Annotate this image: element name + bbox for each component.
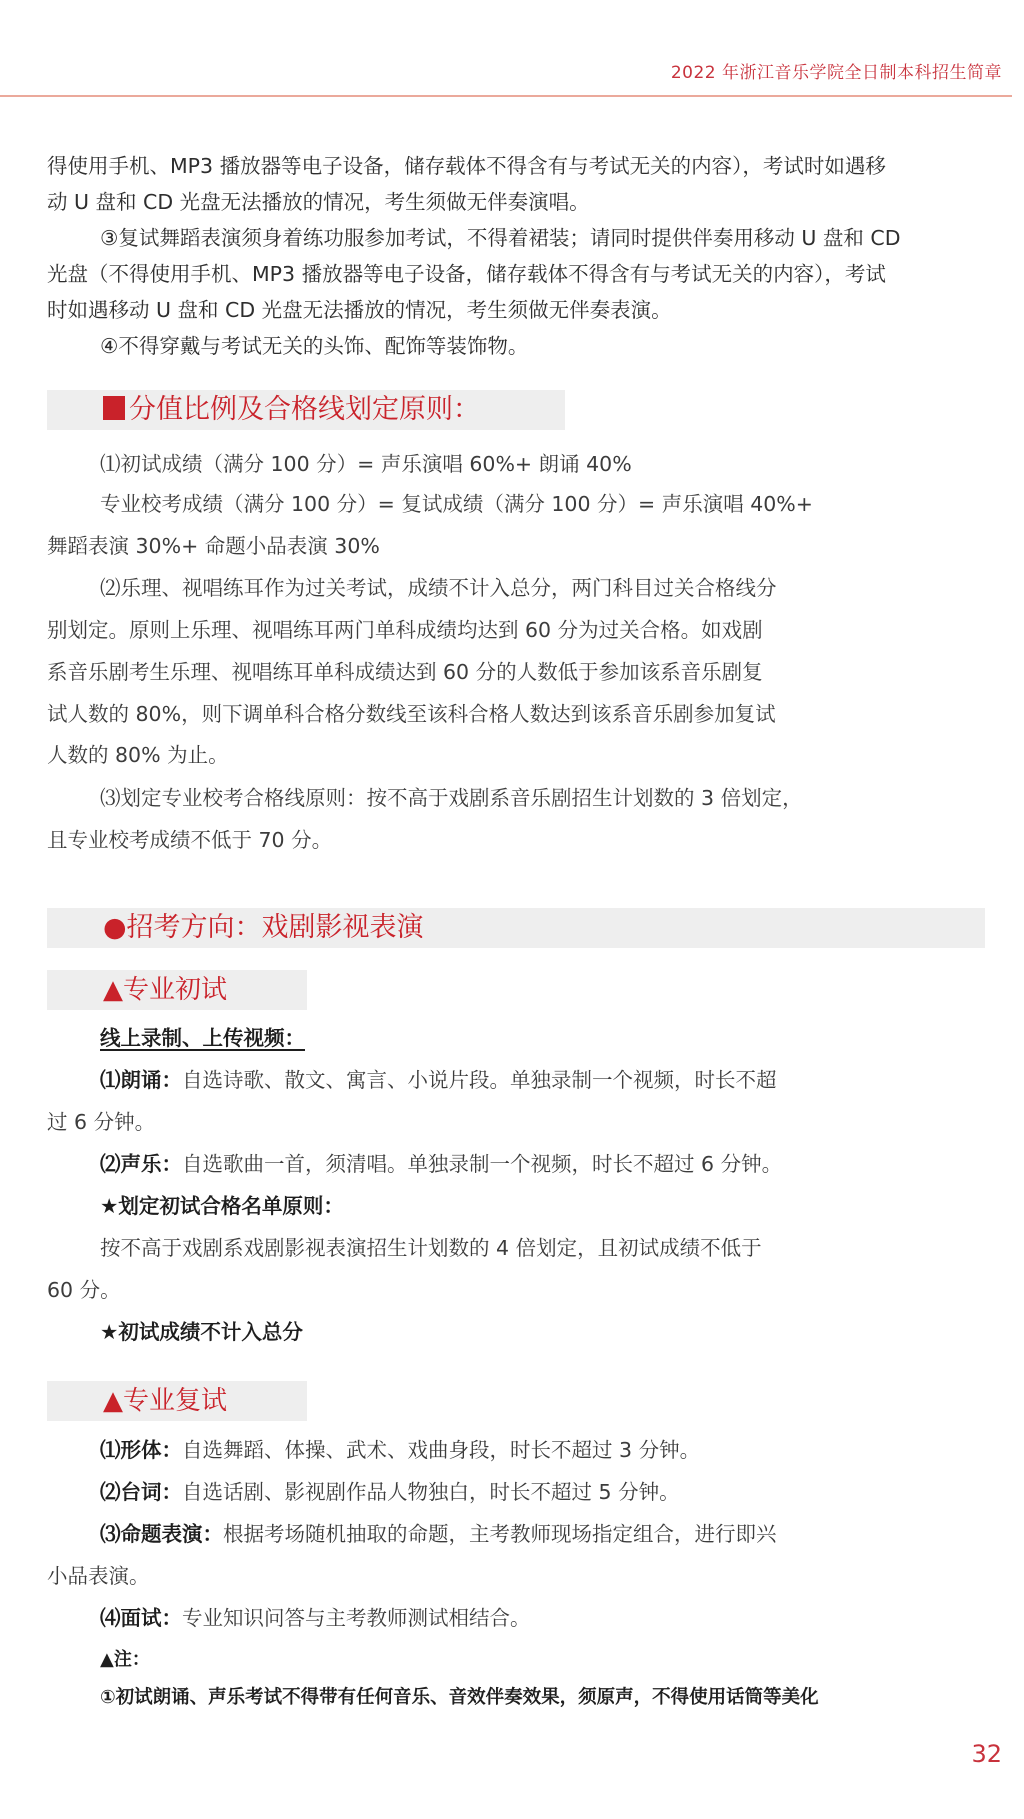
body-text: 小品表演。 <box>47 1562 150 1590</box>
section-heading-direction: ●招考方向：戏剧影视表演 <box>103 908 424 948</box>
body-text: 专业校考成绩（满分 100 分）= 复试成绩（满分 100 分）= 声乐演唱 4… <box>100 490 813 518</box>
body-text: ③复试舞蹈表演须身着练功服参加考试，不得着裙装；请同时提供伴奏用移动 U 盘和 … <box>100 224 901 252</box>
body-text: 动 U 盘和 CD 光盘无法播放的情况，考生须做无伴奏演唱。 <box>47 188 590 216</box>
page-number: 32 <box>971 1740 1002 1768</box>
body-text: 光盘（不得使用手机、MP3 播放器等电子设备，储存载体不得含有与考试无关的内容）… <box>47 260 886 288</box>
body-text: 舞蹈表演 30%+ 命题小品表演 30% <box>47 532 380 560</box>
subheading-online-recording: 线上录制、上传视频： <box>100 1024 305 1052</box>
list-item: ⑴朗诵：自选诗歌、散文、寓言、小说片段。单独录制一个视频，时长不超 <box>100 1066 777 1094</box>
body-text: 系音乐剧考生乐理、视唱练耳单科成绩达到 60 分的人数低于参加该系音乐剧复 <box>47 658 763 686</box>
body-text: 时如遇移动 U 盘和 CD 光盘无法播放的情况，考生须做无伴奏表演。 <box>47 296 672 324</box>
document-header-title: 2022 年浙江音乐学院全日制本科招生简章 <box>671 58 1002 83</box>
body-text: 过 6 分钟。 <box>47 1108 155 1136</box>
body-text: 人数的 80% 为止。 <box>47 741 229 769</box>
list-item: ⑷面试：专业知识问答与主考教师测试相结合。 <box>100 1604 531 1632</box>
body-text: ④不得穿戴与考试无关的头饰、配饰等装饰物。 <box>100 332 528 360</box>
section-heading-scoring: 分值比例及合格线划定原则： <box>103 390 480 430</box>
note-text: ★初试成绩不计入总分 <box>100 1318 303 1346</box>
list-item: ⑶命题表演：根据考场随机抽取的命题，主考教师现场指定组合，进行即兴 <box>100 1520 777 1548</box>
body-text: 别划定。原则上乐理、视唱练耳两门单科成绩均达到 60 分为过关合格。如戏剧 <box>47 616 763 644</box>
red-square-icon <box>103 396 125 420</box>
body-text: ⑴初试成绩（满分 100 分）= 声乐演唱 60%+ 朗诵 40% <box>100 450 632 478</box>
list-item: ⑵台词：自选话剧、影视剧作品人物独白，时长不超过 5 分钟。 <box>100 1478 680 1506</box>
rule-heading: ★划定初试合格名单原则： <box>100 1192 344 1220</box>
note-heading: ▲注： <box>100 1646 150 1674</box>
body-text: ⑵乐理、视唱练耳作为过关考试，成绩不计入总分，两门科目过关合格线分 <box>100 574 777 602</box>
body-text: ⑶划定专业校考合格线原则：按不高于戏剧系音乐剧招生计划数的 3 倍划定， <box>100 784 803 812</box>
list-item: ⑴形体：自选舞蹈、体操、武术、戏曲身段，时长不超过 3 分钟。 <box>100 1436 700 1464</box>
list-item: ⑵声乐：自选歌曲一首，须清唱。单独录制一个视频，时长不超过 6 分钟。 <box>100 1150 782 1178</box>
section-heading-preliminary: ▲专业初试 <box>103 970 227 1010</box>
body-text: 得使用手机、MP3 播放器等电子设备，储存载体不得含有与考试无关的内容），考试时… <box>47 152 886 180</box>
body-text: 60 分。 <box>47 1276 121 1304</box>
note-item: ①初试朗诵、声乐考试不得带有任何音乐、音效伴奏效果，须原声，不得使用话筒等美化 <box>100 1684 819 1712</box>
body-text: 且专业校考成绩不低于 70 分。 <box>47 826 332 854</box>
body-text: 按不高于戏剧系戏剧影视表演招生计划数的 4 倍划定，且初试成绩不低于 <box>100 1234 762 1262</box>
body-text: 试人数的 80%，则下调单科合格分数线至该科合格人数达到该系音乐剧参加复试 <box>47 700 776 728</box>
header-divider <box>0 95 1012 97</box>
section-heading-retest: ▲专业复试 <box>103 1381 227 1421</box>
